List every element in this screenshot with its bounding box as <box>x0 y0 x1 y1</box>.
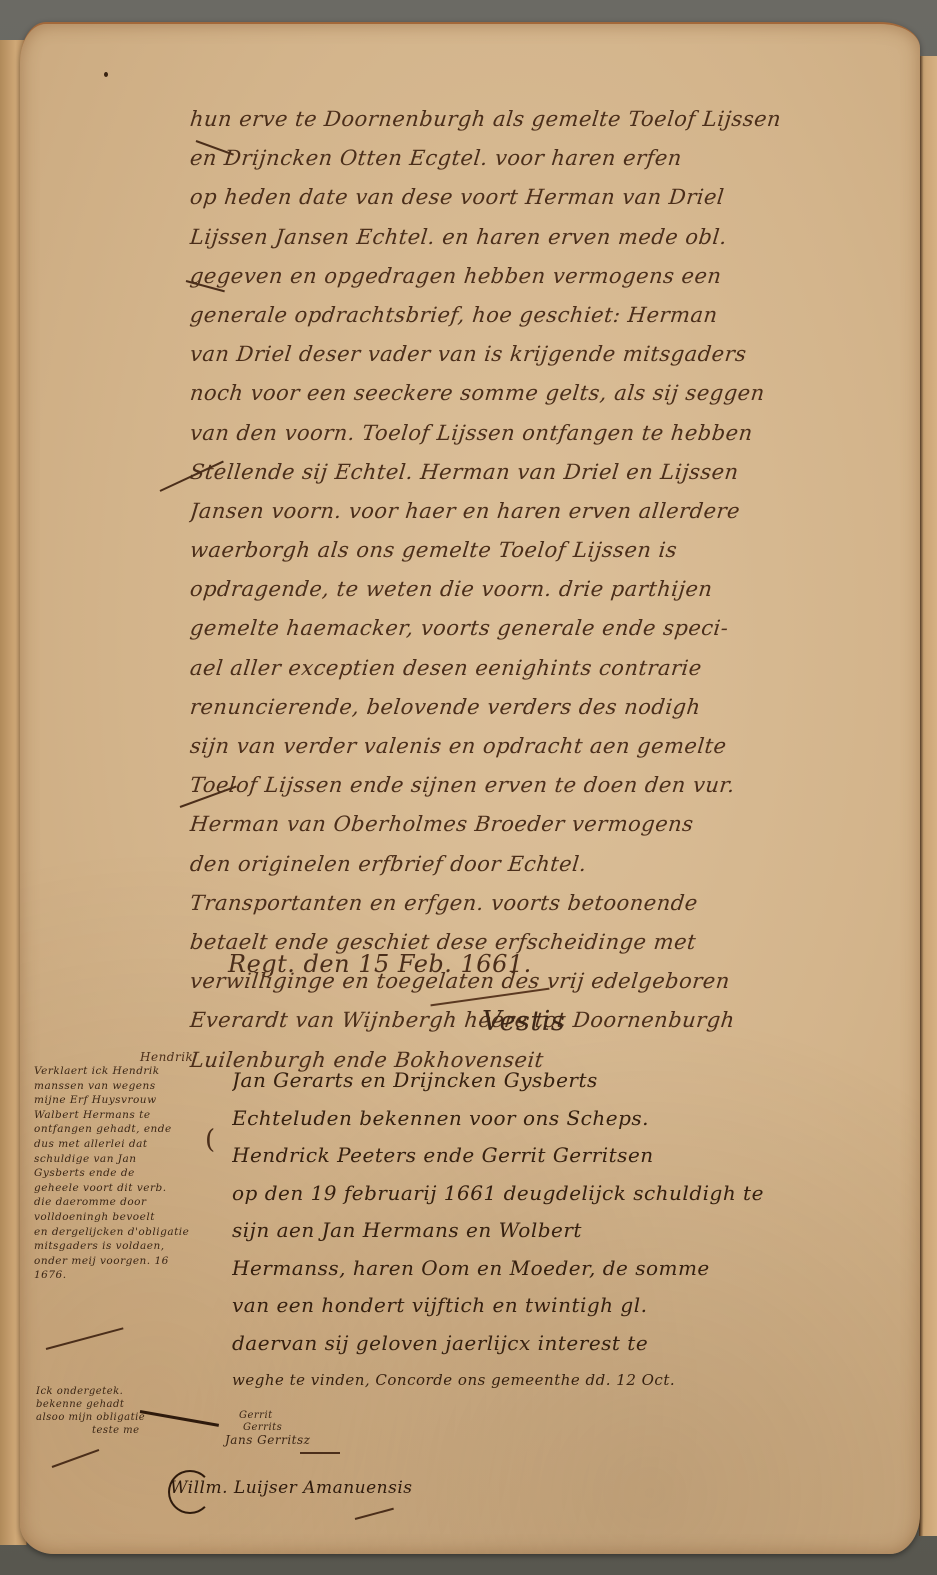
margin-heading: Hendrik <box>140 1050 193 1064</box>
second-entry: Jan Gerarts en Drijncken Gysberts Echtel… <box>232 1062 912 1400</box>
main-entry-line: sijn van verder valenis en opdracht aen … <box>188 727 912 766</box>
second-entry-line: Jan Gerarts en Drijncken Gysberts <box>232 1062 912 1100</box>
ink-blot <box>104 72 108 77</box>
bottom-note-line: teste me <box>36 1424 196 1437</box>
margin-note-line: en dergelijcken d'obligatie <box>34 1225 224 1240</box>
aside-line: Gerrit <box>225 1410 310 1422</box>
main-entry-line: noch voor een seeckere somme gelts, als … <box>188 374 912 413</box>
main-entry-line: generale opdrachtsbrief, hoe geschiet: H… <box>188 296 912 335</box>
main-entry-line: Herman van Oberholmes Broeder vermogens <box>188 805 912 844</box>
main-entry-line: waerborgh als ons gemelte Toelof Lijssen… <box>188 531 912 570</box>
entry-heading: Vestis <box>482 1006 565 1037</box>
main-entry-line: hun erve te Doornenburgh als gemelte Toe… <box>188 100 912 139</box>
aside-line: Jans Gerritsz <box>225 1434 310 1446</box>
margin-note-line: schuldige van Jan <box>34 1152 224 1167</box>
main-entry-line: op heden date van dese voort Herman van … <box>188 178 912 217</box>
margin-note-line: onder meij voorgen. 16 <box>34 1254 224 1269</box>
main-entry-line: Stellende sij Echtel. Herman van Driel e… <box>188 453 912 492</box>
second-entry-line: Hermanss, haren Oom en Moeder, de somme <box>232 1250 912 1288</box>
clerk-signature: Willm. Luijser Amanuensis <box>170 1478 413 1498</box>
main-entry-line: van Driel deser vader van is krijgende m… <box>188 335 912 374</box>
bracket-mark: ( <box>205 1125 215 1155</box>
second-entry-line: weghe te vinden, Concorde ons gemeenthe … <box>232 1362 912 1400</box>
bottom-note-line: bekenne gehadt <box>36 1398 196 1411</box>
main-entry-line: Toelof Lijssen ende sijnen erven te doen… <box>188 766 912 805</box>
pen-flourish <box>300 1452 340 1454</box>
main-entry-line: ael aller exceptien desen eenighints con… <box>188 649 912 688</box>
bottom-note-line: Ick ondergetek. <box>36 1385 196 1398</box>
second-entry-line: Hendrick Peeters ende Gerrit Gerritsen <box>232 1137 912 1175</box>
margin-note-line: ontfangen gehadt, ende <box>34 1122 224 1137</box>
margin-note-line: dus met allerlei dat <box>34 1137 224 1152</box>
main-entry-line: gemelte haemacker, voorts generale ende … <box>188 609 912 648</box>
margin-note-line: die daeromme door <box>34 1195 224 1210</box>
margin-note-line: 1676. <box>34 1268 224 1283</box>
margin-note-line: mitsgaders is voldaen, <box>34 1239 224 1254</box>
main-entry-line: gegeven en opgedragen hebben vermogens e… <box>188 257 912 296</box>
main-entry-line: en Drijncken Otten Ecgtel. voor haren er… <box>188 139 912 178</box>
margin-note-line: geheele voort dit verb. <box>34 1181 224 1196</box>
margin-note-line: Walbert Hermans te <box>34 1108 224 1123</box>
main-entry-line: renuncierende, belovende verders des nod… <box>188 688 912 727</box>
margin-note-line: Gysberts ende de <box>34 1166 224 1181</box>
main-entry-line: van den voorn. Toelof Lijssen ontfangen … <box>188 414 912 453</box>
registration-date: Regt. den 15 Feb. 1661. <box>228 950 532 978</box>
second-entry-line: van een hondert vijftich en twintigh gl. <box>232 1287 912 1325</box>
main-entry-line: Jansen voorn. voor haer en haren erven a… <box>188 492 912 531</box>
signature-aside: Gerrit Gerrits Jans Gerritsz <box>225 1410 310 1446</box>
main-entry-line: opdragende, te weten die voorn. drie par… <box>188 570 912 609</box>
second-entry-line: op den 19 februarij 1661 deugdelijck sch… <box>232 1175 912 1213</box>
main-entry-line: den originelen erfbrief door Echtel. <box>188 845 912 884</box>
second-entry-line: daervan sij geloven jaerlijcx interest t… <box>232 1325 912 1363</box>
margin-note-line: manssen van wegens <box>34 1079 224 1094</box>
book-spine-edge <box>919 56 937 1536</box>
main-entry-line: Transportanten en erfgen. voorts betoone… <box>188 884 912 923</box>
second-entry-line: Echteluden bekennen voor ons Scheps. <box>232 1100 912 1138</box>
second-entry-line: sijn aen Jan Hermans en Wolbert <box>232 1212 912 1250</box>
margin-note-line: volldoeningh bevoelt <box>34 1210 224 1225</box>
margin-note: Verklaert ick Hendrik manssen van wegens… <box>34 1064 224 1283</box>
margin-note-line: Verklaert ick Hendrik <box>34 1064 224 1079</box>
margin-note-line: mijne Erf Huysvrouw <box>34 1093 224 1108</box>
manuscript-scene: hun erve te Doornenburgh als gemelte Toe… <box>0 0 937 1575</box>
bottom-note: Ick ondergetek. bekenne gehadt alsoo mij… <box>36 1385 196 1437</box>
main-entry-line: Lijssen Jansen Echtel. en haren erven me… <box>188 218 912 257</box>
main-entry: hun erve te Doornenburgh als gemelte Toe… <box>190 100 910 1080</box>
